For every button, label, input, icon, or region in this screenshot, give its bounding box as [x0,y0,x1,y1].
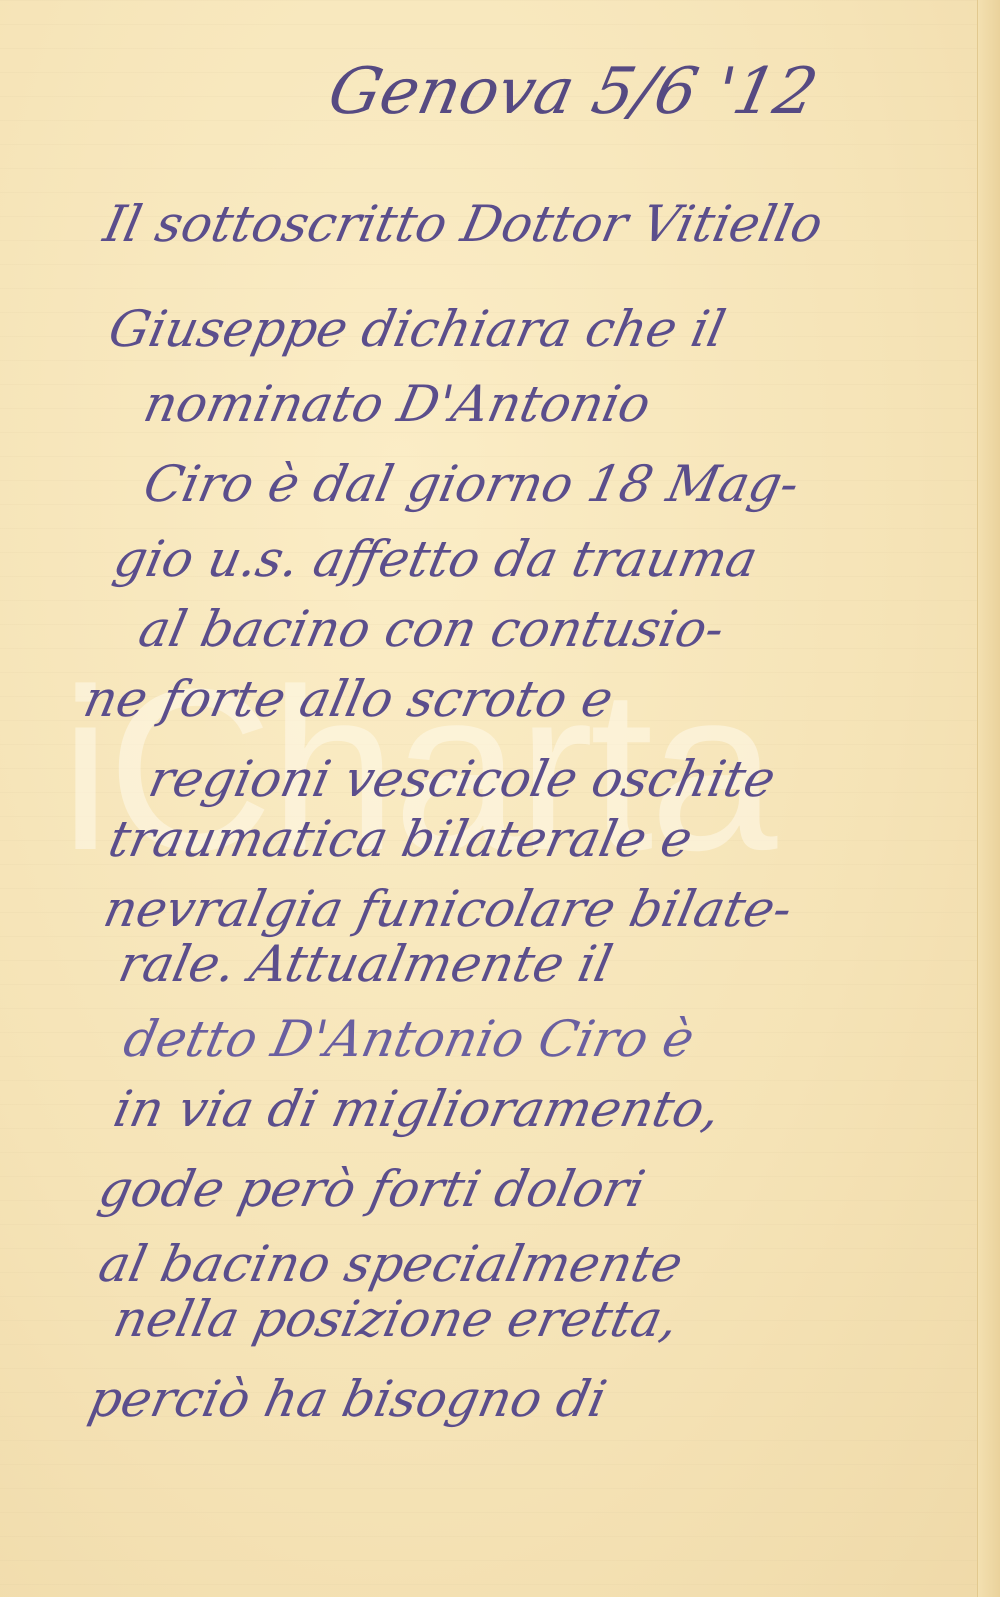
letter-line: nevralgia funicolare bilate- [99,880,797,938]
letter-line: ne forte allo scroto e [79,670,618,728]
letter-line: nella posizione eretta, [109,1290,684,1348]
letter-line: Giuseppe dichiara che il [104,300,731,358]
place-date-header: Genova 5/6 '12 [322,55,824,129]
letter-line: traumatica bilaterale e [104,810,698,868]
letter-line: rale. Attualmente il [114,935,618,993]
paper-edge [977,0,1000,1597]
letter-line: nominato D'Antonio [139,375,656,433]
letter-line: Il sottoscritto Dottor Vitiello [99,195,828,253]
letter-line: perciò ha bisogno di [84,1370,612,1428]
letter-line: al bacino specialmente [94,1235,688,1293]
letter-line: regioni vescicole oschite [144,750,781,808]
letter-line: Ciro è dal giorno 18 Mag- [139,455,804,513]
letter-line: in via di miglioramento, [109,1080,726,1138]
letter-line: gio u.s. affetto da trauma [109,530,763,588]
letter-line: al bacino con contusio- [134,600,729,658]
letter-line: detto D'Antonio Ciro è [119,1010,699,1068]
letter-line: gode però forti dolori [94,1160,650,1218]
